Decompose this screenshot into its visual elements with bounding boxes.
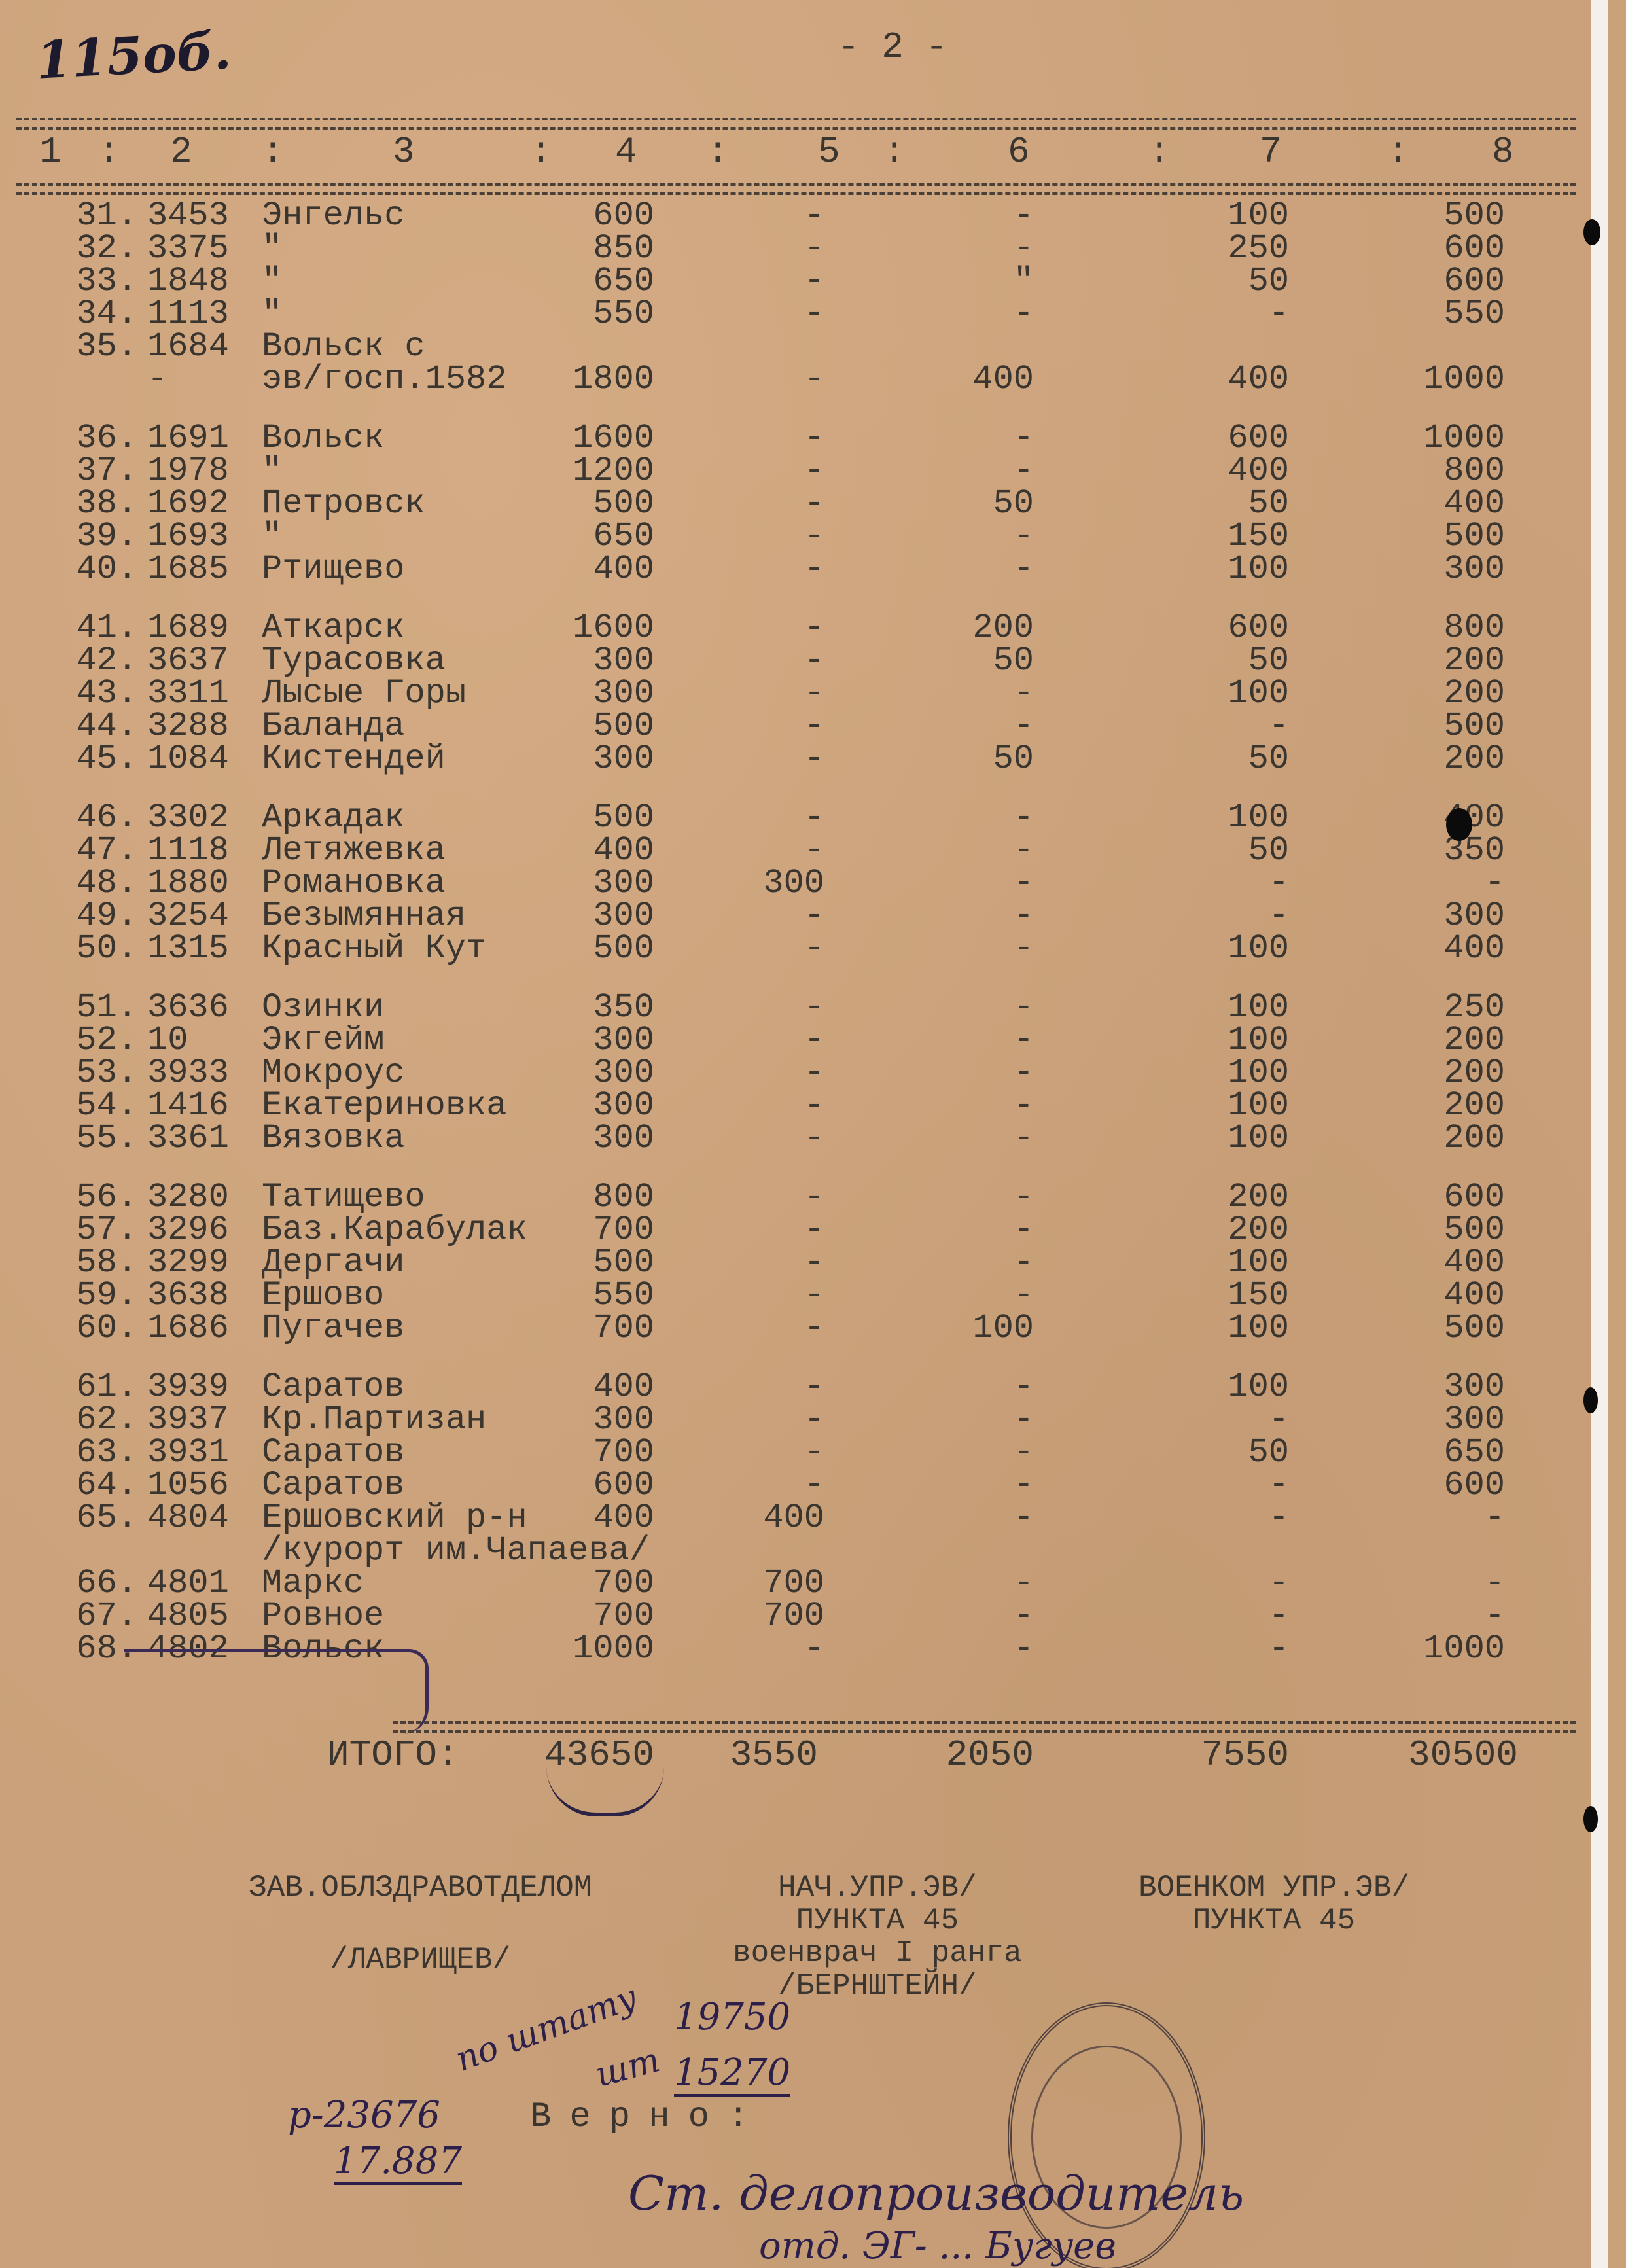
col-3-header: 3 [393,131,415,173]
col-7-value: 50 [1178,739,1289,778]
row-number: 60. [39,1309,137,1347]
col-8-value: 550 [1394,294,1505,333]
signature-center-rank: военврач I ранга [733,1937,1022,1970]
col-6-value: - [936,294,1034,333]
col-sep: : [883,131,906,173]
col-1-header: 1 [39,131,62,173]
place-name: Энгельс [262,196,404,235]
col-6-value: - [936,1119,1034,1158]
col-8-value: - [1394,1498,1505,1537]
total-col-6: 2050 [936,1734,1034,1776]
facility-code: 1686 [147,1309,226,1347]
handwritten-left-number-1: р-23676 [288,2094,440,2136]
handwritten-left-number-2: 17.887 [334,2140,462,2185]
place-name: Ртищево [262,550,404,588]
col-5-value: - [726,550,824,588]
header-rule-top [16,118,1576,130]
col-7-value: - [1178,1498,1289,1537]
col-7-value: 100 [1178,929,1289,968]
ink-blot [1446,808,1472,841]
col-5-value: - [726,294,824,333]
facility-code: 1084 [147,739,226,778]
handwritten-note-2: шт [592,2040,664,2095]
col-6-value: - [936,929,1034,968]
col-4-value: 550 [537,294,654,333]
col-6-value: 50 [936,739,1034,778]
row-number: 40. [39,550,137,588]
col-6-value: 100 [936,1309,1034,1347]
place-name: Красный Кут [262,929,486,968]
handwritten-underline-total [546,1767,664,1816]
handwritten-number-2: 15270 [674,2051,790,2097]
facility-code: 1685 [147,550,226,588]
col-4-value: 300 [537,739,654,778]
col-sep: : [262,131,284,173]
col-4-value: 1800 [537,360,654,399]
col-5-value: - [726,739,824,778]
certification-label: Верно: [530,2097,767,2137]
signature-left-name: /ЛАВРИЩЕВ/ [249,1943,592,1976]
col-7-value: - [1178,1629,1289,1668]
signature-block-right: ВОЕНКОМ УПР.ЭВ/ ПУНКТА 45 [1139,1871,1409,1937]
col-sep: : [1387,131,1409,173]
row-number: 35. [39,327,137,366]
col-8-value: 300 [1394,550,1505,588]
column-header-row: 1 : 2 : 3 : 4 : 5 : 6 : 7 : 8 [0,131,1608,170]
col-8-header: 8 [1492,131,1514,173]
col-6-value: 400 [936,360,1034,399]
col-4-value: 400 [537,550,654,588]
page-number: - 2 - [838,26,947,68]
folio-number: 115об. [35,21,233,90]
row-number: 50. [39,929,137,968]
row-number: 55. [39,1119,137,1158]
col-5-value: - [726,1119,824,1158]
signature-right-unit: ПУНКТА 45 [1139,1904,1409,1937]
col-4-value: 300 [537,1119,654,1158]
col-4-value: 1000 [537,1629,654,1668]
place-name: Пугачев [262,1309,404,1347]
totals-rule [393,1721,1576,1733]
row-number: 68. [39,1629,137,1668]
col-2-header: 2 [170,131,192,173]
facility-code: 3361 [147,1119,226,1158]
row-number: 45. [39,739,137,778]
col-5-value: - [726,360,824,399]
col-7-value: 400 [1178,360,1289,399]
punch-hole [1583,1387,1598,1413]
place-name: Кистендей [262,739,446,778]
col-8-value: 500 [1394,1309,1505,1347]
col-7-value: - [1178,294,1289,333]
col-5-value: - [726,1629,824,1668]
totals-label: ИТОГО: [327,1734,459,1776]
col-sep: : [1148,131,1171,173]
col-6-value: - [936,1498,1034,1537]
punch-hole [1583,219,1600,245]
col-5-value: 400 [726,1498,824,1537]
page-edge [1591,0,1608,2268]
col-6-header: 6 [1008,131,1030,173]
signature-block-left: ЗАВ.ОБЛЗДРАВОТДЕЛОМ /ЛАВРИЩЕВ/ [249,1871,592,1976]
signature-block-center: НАЧ.УПР.ЭВ/ ПУНКТА 45 военврач I ранга /… [733,1871,1022,2002]
col-8-value: 200 [1394,739,1505,778]
place-name: Вязовка [262,1119,404,1158]
facility-code: 4804 [147,1498,226,1537]
col-5-value: - [726,929,824,968]
col-5-header: 5 [818,131,840,173]
col-7-header: 7 [1260,131,1282,173]
col-5-value: - [726,1309,824,1347]
col-4-value: 500 [537,929,654,968]
handwritten-signature-line-2: отд. ЭГ- ... Бугуев [759,2225,1116,2267]
handwritten-number-1: 19750 [674,1996,790,2038]
total-col-7: 7550 [1178,1734,1289,1776]
col-8-value: 200 [1394,1119,1505,1158]
col-sep: : [707,131,729,173]
col-4-header: 4 [615,131,637,173]
document-page: 115об. - 2 - 1 : 2 : 3 : 4 : 5 : 6 : 7 :… [0,0,1608,2268]
col-7-value: 100 [1178,1309,1289,1347]
header-rule-bottom [16,183,1576,195]
col-sep: : [98,131,120,173]
col-8-value: 400 [1394,929,1505,968]
signature-center-unit: ПУНКТА 45 [733,1904,1022,1937]
col-6-value: - [936,550,1034,588]
signature-right-title: ВОЕНКОМ УПР.ЭВ/ [1139,1871,1409,1904]
handwritten-bracket [124,1649,429,1734]
total-col-5: 3550 [720,1734,818,1776]
facility-code: 1315 [147,929,226,968]
handwritten-signature-line-1: Ст. делопроизводитель [628,2166,1244,2221]
signature-center-title: НАЧ.УПР.ЭВ/ [733,1871,1022,1904]
signature-left-title: ЗАВ.ОБЛЗДРАВОТДЕЛОМ [249,1871,592,1904]
col-7-value: 100 [1178,1119,1289,1158]
col-8-value: 1000 [1394,360,1505,399]
col-8-value: 1000 [1394,1629,1505,1668]
place-name: эв/госп.1582 [262,360,506,399]
col-6-value: - [936,1629,1034,1668]
col-7-value: 100 [1178,550,1289,588]
row-number: 65. [39,1498,137,1537]
total-col-8: 30500 [1394,1734,1518,1776]
col-sep: : [530,131,552,173]
punch-hole [1583,1806,1598,1832]
place-name: Петровск [262,484,425,523]
facility-code: - [147,360,226,399]
col-4-value: 700 [537,1309,654,1347]
